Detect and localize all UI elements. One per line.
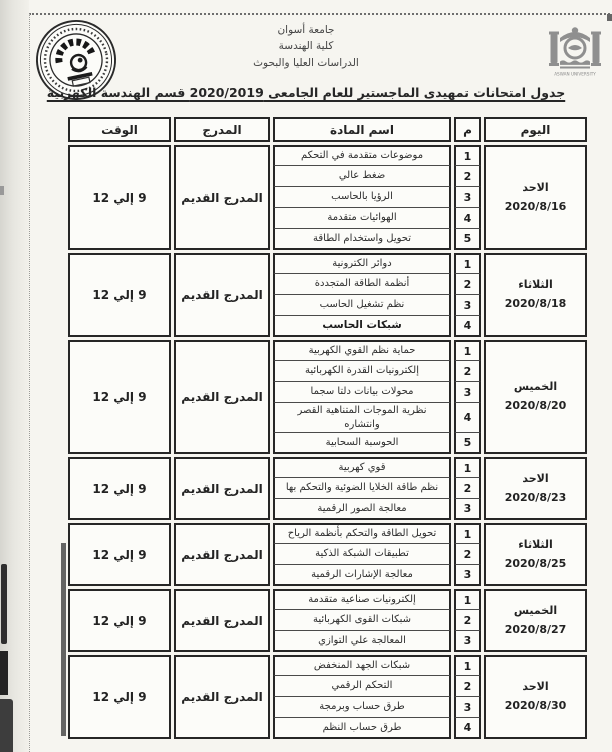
table-groups: الاحد2020/8/161موضوعات متقدمة في التحكم2… [68, 145, 587, 739]
subject-number-cell: 4 [454, 403, 481, 433]
exam-day-group: الخميس2020/8/271إلكترونيات صناعية متقدمة… [68, 589, 587, 652]
time-cell: 9 إلي 12 [68, 340, 171, 454]
schedule-title: جدول امتحانات تمهيدى الماجستير للعام الج… [0, 85, 612, 100]
subject-row: 1تحويل الطاقة والتحكم بأنظمة الرياح [273, 523, 481, 544]
subjects-stack: 1موضوعات متقدمة في التحكم2ضغط عالي3الرؤي… [273, 145, 481, 250]
time-cell: 9 إلي 12 [68, 523, 171, 586]
scan-artifact [0, 699, 13, 752]
day-name: الاحد [522, 179, 548, 198]
subjects-stack: 1إلكترونيات صناعية متقدمة2شبكات القوى ال… [273, 589, 481, 652]
hall-cell: المدرج القديم [174, 655, 270, 739]
day-date: 2020/8/25 [505, 555, 567, 574]
subject-row: 1حماية نظم القوي الكهربية [273, 340, 481, 361]
subject-number-cell: 2 [454, 274, 481, 295]
subject-name-cell: شبكات القوى الكهربائية [273, 610, 451, 631]
subject-name-cell: الحوسبة السحابية [273, 433, 451, 454]
subject-number-cell: 1 [454, 655, 481, 676]
day-cell: الاحد2020/8/16 [484, 145, 587, 250]
subject-number-cell: 5 [454, 433, 481, 454]
subject-name-cell: دوائر الكترونية [273, 253, 451, 274]
column-header-time: الوقت [68, 117, 171, 142]
subject-row: 5تحويل واستخدام الطاقة [273, 229, 481, 250]
time-cell: 9 إلي 12 [68, 655, 171, 739]
exam-day-group: الاحد2020/8/161موضوعات متقدمة في التحكم2… [68, 145, 587, 250]
subject-number-cell: 3 [454, 631, 481, 652]
subject-number-cell: 3 [454, 565, 481, 586]
subjects-stack: 1دوائر الكترونية2أنظمة الطاقة المتجددة3ن… [273, 253, 481, 337]
scanned-exam-schedule-page: ASWAN UNIVERSITY جامعة أسوان كلية الهندس… [0, 0, 612, 752]
subject-row: 3معالجة الصور الرقمية [273, 499, 481, 520]
day-name: الاحد [522, 470, 548, 489]
day-cell: الاحد2020/8/30 [484, 655, 587, 739]
subject-row: 2شبكات القوى الكهربائية [273, 610, 481, 631]
subject-number-cell: 3 [454, 697, 481, 718]
time-cell: 9 إلي 12 [68, 145, 171, 250]
subject-number-cell: 2 [454, 361, 481, 382]
subject-row: 1دوائر الكترونية [273, 253, 481, 274]
day-cell: الخميس2020/8/20 [484, 340, 587, 454]
subject-row: 1شبكات الجهد المنخفض [273, 655, 481, 676]
day-name: الخميس [514, 602, 557, 621]
subject-row: 2نظم طاقة الخلايا الضوئية والتحكم بها [273, 478, 481, 499]
subject-name-cell: الهوائيات متقدمة [273, 208, 451, 229]
subject-name-cell: ضغط عالي [273, 166, 451, 187]
day-name: الثلاثاء [518, 276, 553, 295]
subject-name-cell: التحكم الرقمي [273, 676, 451, 697]
university-logo-caption: ASWAN UNIVERSITY [554, 72, 596, 77]
column-header-number: م [454, 117, 481, 142]
scan-artifact [1, 564, 7, 644]
subject-name-cell: شبكات الحاسب [273, 316, 451, 337]
hall-cell: المدرج القديم [174, 253, 270, 337]
subject-name-cell: معالجة الإشارات الرقمية [273, 565, 451, 586]
day-cell: الخميس2020/8/27 [484, 589, 587, 652]
subject-name-cell: المعالجة علي التوازي [273, 631, 451, 652]
subject-row: 4نظرية الموجات المتناهية القصر وانتشاره [273, 403, 481, 433]
subject-number-cell: 4 [454, 208, 481, 229]
day-date: 2020/8/20 [505, 397, 567, 416]
exam-day-group: الخميس2020/8/201حماية نظم القوي الكهربية… [68, 340, 587, 454]
org-department-name: الدراسات العليا والبحوث [0, 55, 612, 71]
subject-row: 4شبكات الحاسب [273, 316, 481, 337]
subject-number-cell: 2 [454, 676, 481, 697]
subjects-stack: 1قوي كهربية2نظم طاقة الخلايا الضوئية وال… [273, 457, 481, 520]
subject-row: 2أنظمة الطاقة المتجددة [273, 274, 481, 295]
subject-row: 2تطبيقات الشبكة الذكية [273, 544, 481, 565]
table-header-row: اليوم م اسم المادة المدرج الوقت [68, 117, 587, 142]
subject-number-cell: 2 [454, 166, 481, 187]
subject-number-cell: 4 [454, 316, 481, 337]
subject-number-cell: 5 [454, 229, 481, 250]
time-cell: 9 إلي 12 [68, 457, 171, 520]
scan-artifact [0, 651, 8, 695]
subject-name-cell: طرق حساب النظم [273, 718, 451, 739]
subject-row: 4الهوائيات متقدمة [273, 208, 481, 229]
exam-day-group: الثلاثاء2020/8/251تحويل الطاقة والتحكم ب… [68, 523, 587, 586]
hall-cell: المدرج القديم [174, 589, 270, 652]
subject-number-cell: 3 [454, 499, 481, 520]
day-date: 2020/8/23 [505, 489, 567, 508]
day-date: 2020/8/30 [505, 697, 567, 716]
subject-row: 3المعالجة علي التوازي [273, 631, 481, 652]
subject-name-cell: شبكات الجهد المنخفض [273, 655, 451, 676]
scan-artifact [61, 543, 66, 736]
subject-name-cell: معالجة الصور الرقمية [273, 499, 451, 520]
subject-number-cell: 1 [454, 253, 481, 274]
subject-name-cell: أنظمة الطاقة المتجددة [273, 274, 451, 295]
subject-name-cell: محولات بيانات دلتا سجما [273, 382, 451, 403]
subject-number-cell: 3 [454, 382, 481, 403]
subject-row: 2إلكترونيات القدرة الكهربائية [273, 361, 481, 382]
time-cell: 9 إلي 12 [68, 589, 171, 652]
day-cell: الثلاثاء2020/8/18 [484, 253, 587, 337]
hall-cell: المدرج القديم [174, 340, 270, 454]
subject-name-cell: إلكترونيات القدرة الكهربائية [273, 361, 451, 382]
subject-number-cell: 1 [454, 589, 481, 610]
subjects-stack: 1شبكات الجهد المنخفض2التحكم الرقمي3طرق ح… [273, 655, 481, 739]
subject-name-cell: طرق حساب وبرمجة [273, 697, 451, 718]
subject-number-cell: 1 [454, 145, 481, 166]
day-name: الثلاثاء [518, 536, 553, 555]
subject-row: 1إلكترونيات صناعية متقدمة [273, 589, 481, 610]
subject-number-cell: 4 [454, 718, 481, 739]
day-name: الاحد [522, 678, 548, 697]
subject-row: 3نظم تشغيل الحاسب [273, 295, 481, 316]
subject-row: 2ضغط عالي [273, 166, 481, 187]
subject-number-cell: 1 [454, 523, 481, 544]
subject-row: 5الحوسبة السحابية [273, 433, 481, 454]
day-name: الخميس [514, 378, 557, 397]
subject-number-cell: 3 [454, 187, 481, 208]
subject-name-cell: حماية نظم القوي الكهربية [273, 340, 451, 361]
subject-name-cell: موضوعات متقدمة في التحكم [273, 145, 451, 166]
subjects-stack: 1تحويل الطاقة والتحكم بأنظمة الرياح2تطبي… [273, 523, 481, 586]
hall-cell: المدرج القديم [174, 523, 270, 586]
subject-name-cell: نظرية الموجات المتناهية القصر وانتشاره [273, 403, 451, 433]
org-faculty-name: كلية الهندسة [0, 38, 612, 54]
column-header-hall: المدرج [174, 117, 270, 142]
subject-name-cell: إلكترونيات صناعية متقدمة [273, 589, 451, 610]
column-header-subject: اسم المادة [273, 117, 451, 142]
org-university-name: جامعة أسوان [0, 22, 612, 38]
subject-number-cell: 1 [454, 340, 481, 361]
subject-row: 4طرق حساب النظم [273, 718, 481, 739]
subject-name-cell: قوي كهربية [273, 457, 451, 478]
subject-row: 3معالجة الإشارات الرقمية [273, 565, 481, 586]
exam-day-group: الاحد2020/8/301شبكات الجهد المنخفض2التحك… [68, 655, 587, 739]
day-date: 2020/8/18 [505, 295, 567, 314]
subject-row: 3محولات بيانات دلتا سجما [273, 382, 481, 403]
hall-cell: المدرج القديم [174, 145, 270, 250]
subject-number-cell: 1 [454, 457, 481, 478]
subject-row: 3الرؤيا بالحاسب [273, 187, 481, 208]
exam-day-group: الاحد2020/8/231قوي كهربية2نظم طاقة الخلا… [68, 457, 587, 520]
subject-row: 1موضوعات متقدمة في التحكم [273, 145, 481, 166]
org-header: جامعة أسوان كلية الهندسة الدراسات العليا… [0, 22, 612, 71]
subject-name-cell: تطبيقات الشبكة الذكية [273, 544, 451, 565]
exam-schedule-table: اليوم م اسم المادة المدرج الوقت الاحد202… [68, 117, 587, 739]
subject-number-cell: 2 [454, 478, 481, 499]
subject-number-cell: 3 [454, 295, 481, 316]
hall-cell: المدرج القديم [174, 457, 270, 520]
subject-row: 3طرق حساب وبرمجة [273, 697, 481, 718]
subject-name-cell: الرؤيا بالحاسب [273, 187, 451, 208]
subject-number-cell: 2 [454, 610, 481, 631]
subject-number-cell: 2 [454, 544, 481, 565]
subjects-stack: 1حماية نظم القوي الكهربية2إلكترونيات الق… [273, 340, 481, 454]
subject-name-cell: نظم تشغيل الحاسب [273, 295, 451, 316]
scan-artifact [0, 186, 4, 195]
day-date: 2020/8/27 [505, 621, 567, 640]
subject-row: 1قوي كهربية [273, 457, 481, 478]
day-cell: الاحد2020/8/23 [484, 457, 587, 520]
column-header-day: اليوم [484, 117, 587, 142]
subject-name-cell: تحويل الطاقة والتحكم بأنظمة الرياح [273, 523, 451, 544]
exam-day-group: الثلاثاء2020/8/181دوائر الكترونية2أنظمة … [68, 253, 587, 337]
day-date: 2020/8/16 [505, 198, 567, 217]
subject-name-cell: نظم طاقة الخلايا الضوئية والتحكم بها [273, 478, 451, 499]
scan-artifact [607, 14, 612, 21]
subject-name-cell: تحويل واستخدام الطاقة [273, 229, 451, 250]
subject-row: 2التحكم الرقمي [273, 676, 481, 697]
time-cell: 9 إلي 12 [68, 253, 171, 337]
day-cell: الثلاثاء2020/8/25 [484, 523, 587, 586]
